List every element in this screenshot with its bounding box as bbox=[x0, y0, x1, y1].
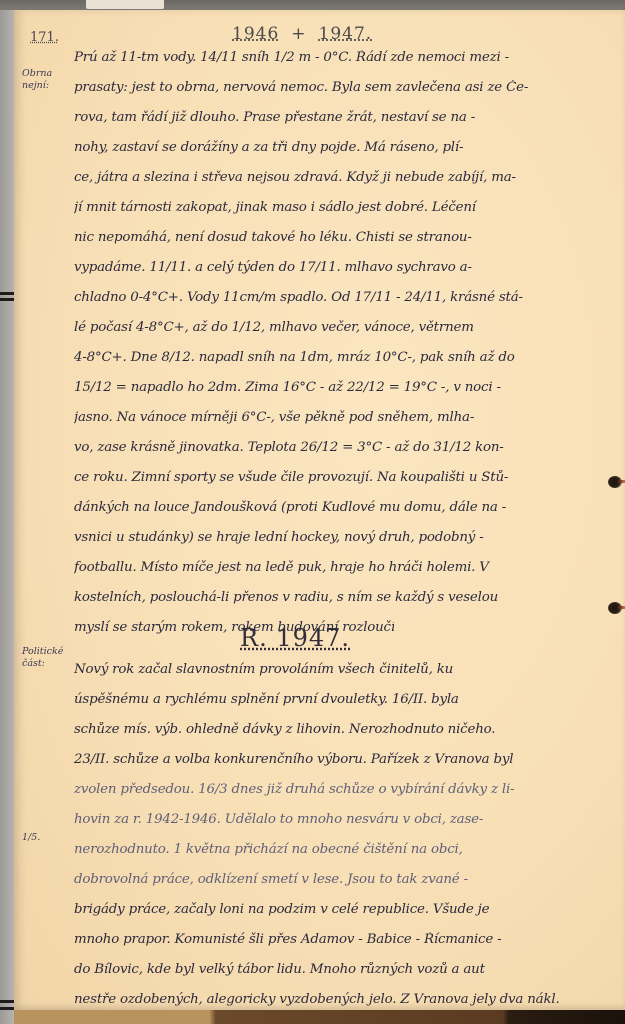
text-line: vo, zase krásně jinovatka. Teplota 26/12… bbox=[74, 440, 614, 456]
text-line: brigády práce, začaly loni na podzim v c… bbox=[74, 902, 614, 918]
binder-tab bbox=[86, 0, 164, 9]
page-number: 171. bbox=[30, 30, 59, 45]
text-line: do Bílovic, kde byl velký tábor lidu. Mn… bbox=[74, 962, 614, 978]
text-line: ce, játra a slezina i střeva nejsou zdra… bbox=[74, 170, 614, 186]
year-1946: 1946 bbox=[232, 24, 279, 44]
page-title: 1946+1947. bbox=[232, 24, 372, 44]
text-line: Prú až 11-tm vody. 14/11 sníh 1/2 m - 0°… bbox=[74, 50, 614, 66]
margin-note-date: 1/5. bbox=[22, 832, 56, 844]
text-line: zvolen předsedou. 16/3 dnes již druhá sc… bbox=[74, 782, 614, 798]
section-title-1947: R. 1947. bbox=[240, 624, 350, 652]
text-line: úspěšnému a rychlému splnění první dvoul… bbox=[74, 692, 614, 708]
text-line: jí mnit tárnosti zakopat, jinak maso i s… bbox=[74, 200, 614, 216]
text-line: vsnici u studánky) se hraje lední hockey… bbox=[74, 530, 614, 546]
text-line: kostelních, poslouchá-li přenos v radiu,… bbox=[74, 590, 614, 606]
year-1947: 1947. bbox=[319, 24, 373, 44]
text-line: 4-8°C+. Dne 8/12. napadl sníh na 1dm, mr… bbox=[74, 350, 614, 366]
text-line: 23/II. schůze a volba konkurenčního výbo… bbox=[74, 752, 614, 768]
scanner-bottom-edge bbox=[14, 1010, 625, 1024]
text-line: schůze mís. výb. ohledně dávky z lihovin… bbox=[74, 722, 614, 738]
text-line: ce roku. Zimní sporty se všude čile prov… bbox=[74, 470, 614, 486]
text-line: lé počasí 4-8°C+, až do 1/12, mlhavo več… bbox=[74, 320, 614, 336]
text-line: vypadáme. 11/11. a celý týden do 17/11. … bbox=[74, 260, 614, 276]
text-line: nic nepomáhá, není dosud takové ho léku.… bbox=[74, 230, 614, 246]
text-line: jasno. Na vánoce mírněji 6°C-, vše pěkně… bbox=[74, 410, 614, 426]
text-line: hovin za r. 1942-1946. Udělalo to mnoho … bbox=[74, 812, 614, 828]
title-joiner: + bbox=[291, 24, 306, 44]
text-line: nohy, zastaví se dorážíny a za tři dny p… bbox=[74, 140, 614, 156]
text-line: nestře ozdobených, alegoricky vyzdobenýc… bbox=[74, 992, 614, 1008]
text-line: Nový rok začal slavnostním provoláním vš… bbox=[74, 662, 614, 678]
text-line: mnoho prapor. Komunisté šli přes Adamov … bbox=[74, 932, 614, 948]
text-line: 15/12 = napadlo ho 2dm. Zima 16°C - až 2… bbox=[74, 380, 614, 396]
text-line: dánkých na louce Jandoušková (proti Kudl… bbox=[74, 500, 614, 516]
scanner-left-edge bbox=[0, 10, 14, 1024]
text-line: footballu. Místo míče jest na ledě puk, … bbox=[74, 560, 614, 576]
text-line: chladno 0-4°C+. Vody 11cm/m spadlo. Od 1… bbox=[74, 290, 614, 306]
chronicle-page: 171. 1946+1947. Obrna nejní: Prú až 11-t… bbox=[14, 10, 625, 1010]
margin-note-obrna: Obrna nejní: bbox=[22, 68, 56, 92]
margin-note-politicka-cast: Politické část: bbox=[22, 646, 56, 670]
text-line: rova, tam řádí již dlouho. Prase přestan… bbox=[74, 110, 614, 126]
text-line: prasaty: jest to obrna, nervová nemoc. B… bbox=[74, 80, 614, 96]
text-line: nerozhodnuto. 1 května přichází na obecn… bbox=[74, 842, 614, 858]
text-line: dobrovolná práce, odklízení smetí v lese… bbox=[74, 872, 614, 888]
